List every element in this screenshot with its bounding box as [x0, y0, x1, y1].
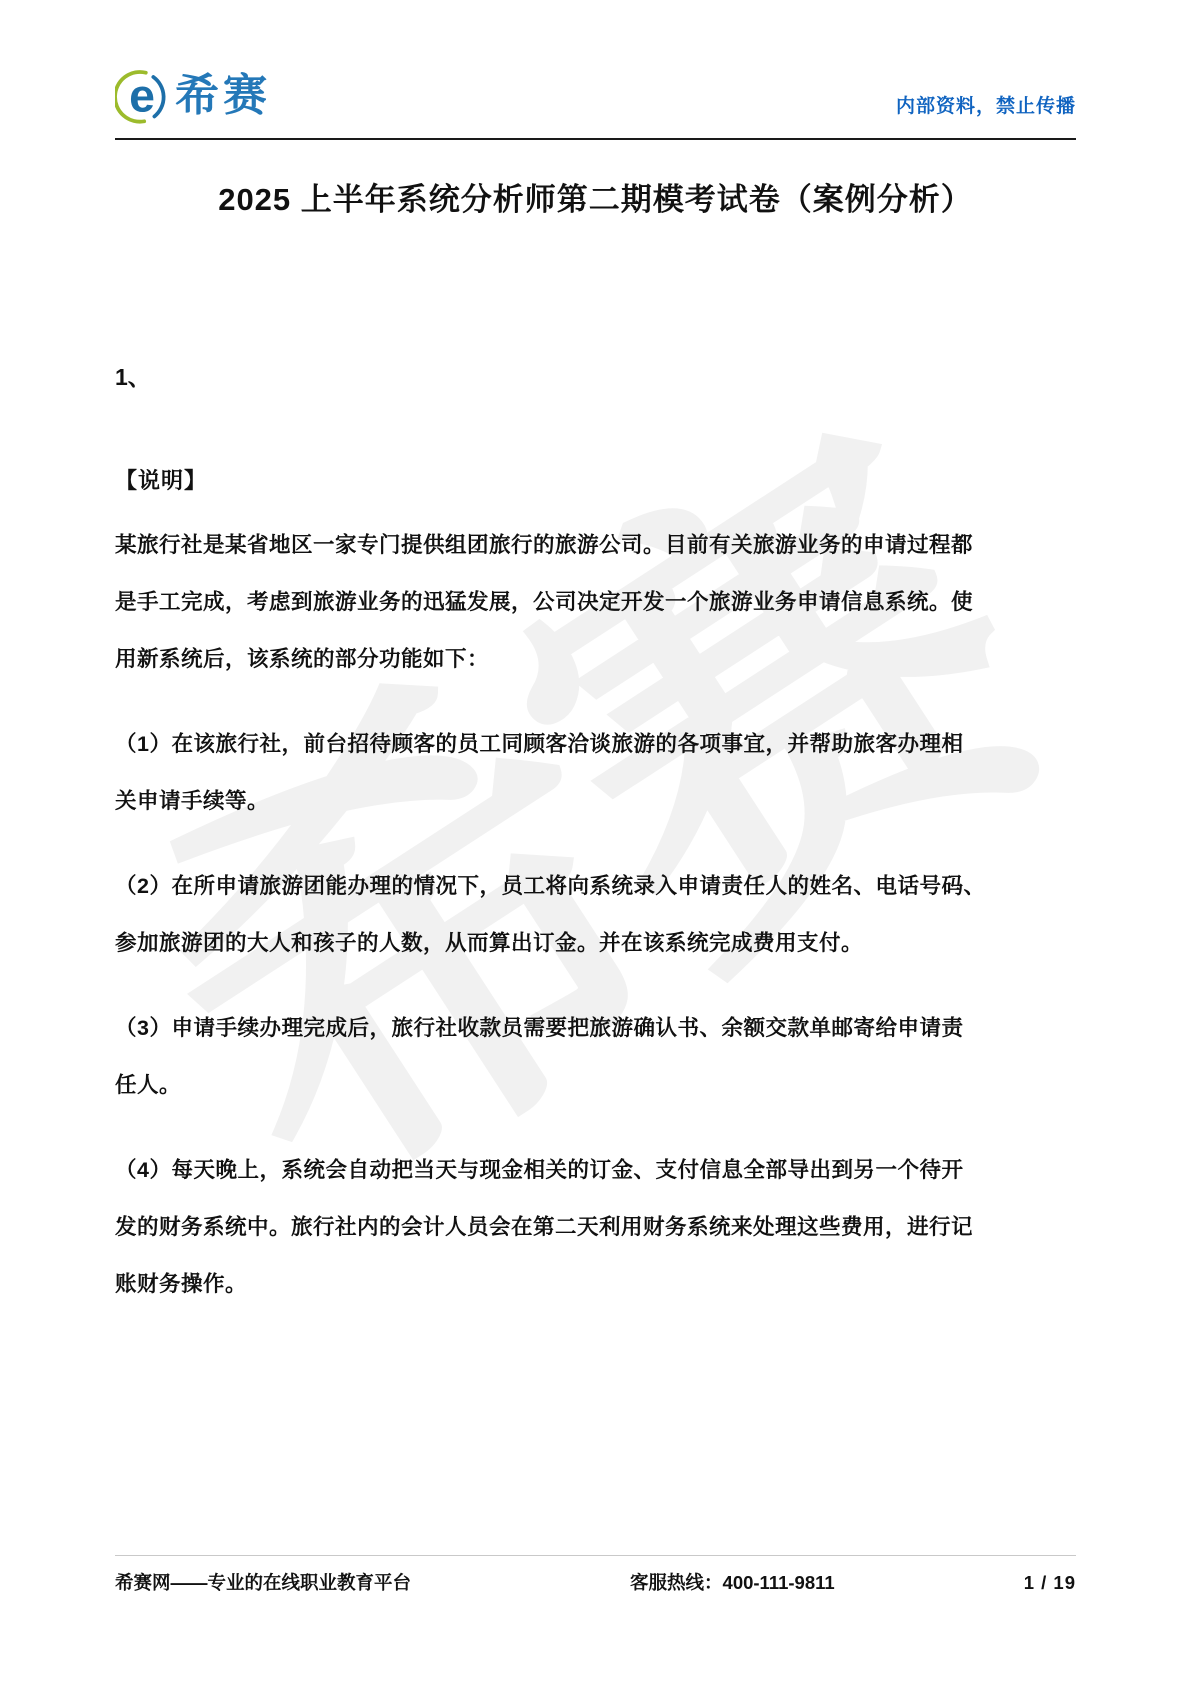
paragraph: （2）在所申请旅游团能办理的情况下，员工将向系统录入申请责任人的姓名、电话号码、…	[115, 858, 1076, 972]
document-page: 希赛 e 希赛 内部资料，禁止传播 2025 上半年系统分析师第二期模考试卷（案…	[0, 0, 1191, 1683]
footer-page-number: 1 / 19	[1024, 1572, 1076, 1594]
footer-hotline: 客服热线：400-111-9811	[600, 1569, 835, 1595]
question-number: 1、	[115, 359, 1076, 392]
header-rule	[115, 138, 1076, 140]
section-label: 【说明】	[115, 464, 1076, 495]
paragraphs: 某旅行社是某省地区一家专门提供组团旅行的旅游公司。目前有关旅游业务的申请过程都 …	[115, 517, 1076, 1313]
page-header: e 希赛 内部资料，禁止传播	[115, 0, 1076, 124]
svg-text:e: e	[129, 70, 155, 122]
confidential-notice: 内部资料，禁止传播	[896, 91, 1076, 124]
paragraph: （4）每天晚上，系统会自动把当天与现金相关的订金、支付信息全部导出到另一个待开 …	[115, 1142, 1076, 1313]
logo-e-icon: e	[115, 70, 169, 124]
page-title: 2025 上半年系统分析师第二期模考试卷（案例分析）	[115, 174, 1076, 219]
footer-site-slogan: 希赛网——专业的在线职业教育平台	[115, 1569, 411, 1595]
page-content: e 希赛 内部资料，禁止传播 2025 上半年系统分析师第二期模考试卷（案例分析…	[0, 0, 1191, 1313]
logo-text: 希赛	[175, 74, 271, 120]
paragraph: （1）在该旅行社，前台招待顾客的员工同顾客洽谈旅游的各项事宜，并帮助旅客办理相 …	[115, 716, 1076, 830]
paragraph: 某旅行社是某省地区一家专门提供组团旅行的旅游公司。目前有关旅游业务的申请过程都 …	[115, 517, 1076, 688]
page-footer: 希赛网——专业的在线职业教育平台 客服热线：400-111-9811 1 / 1…	[115, 1555, 1076, 1595]
brand-logo: e 希赛	[115, 70, 271, 124]
paragraph: （3）申请手续办理完成后，旅行社收款员需要把旅游确认书、余额交款单邮寄给申请责 …	[115, 1000, 1076, 1114]
